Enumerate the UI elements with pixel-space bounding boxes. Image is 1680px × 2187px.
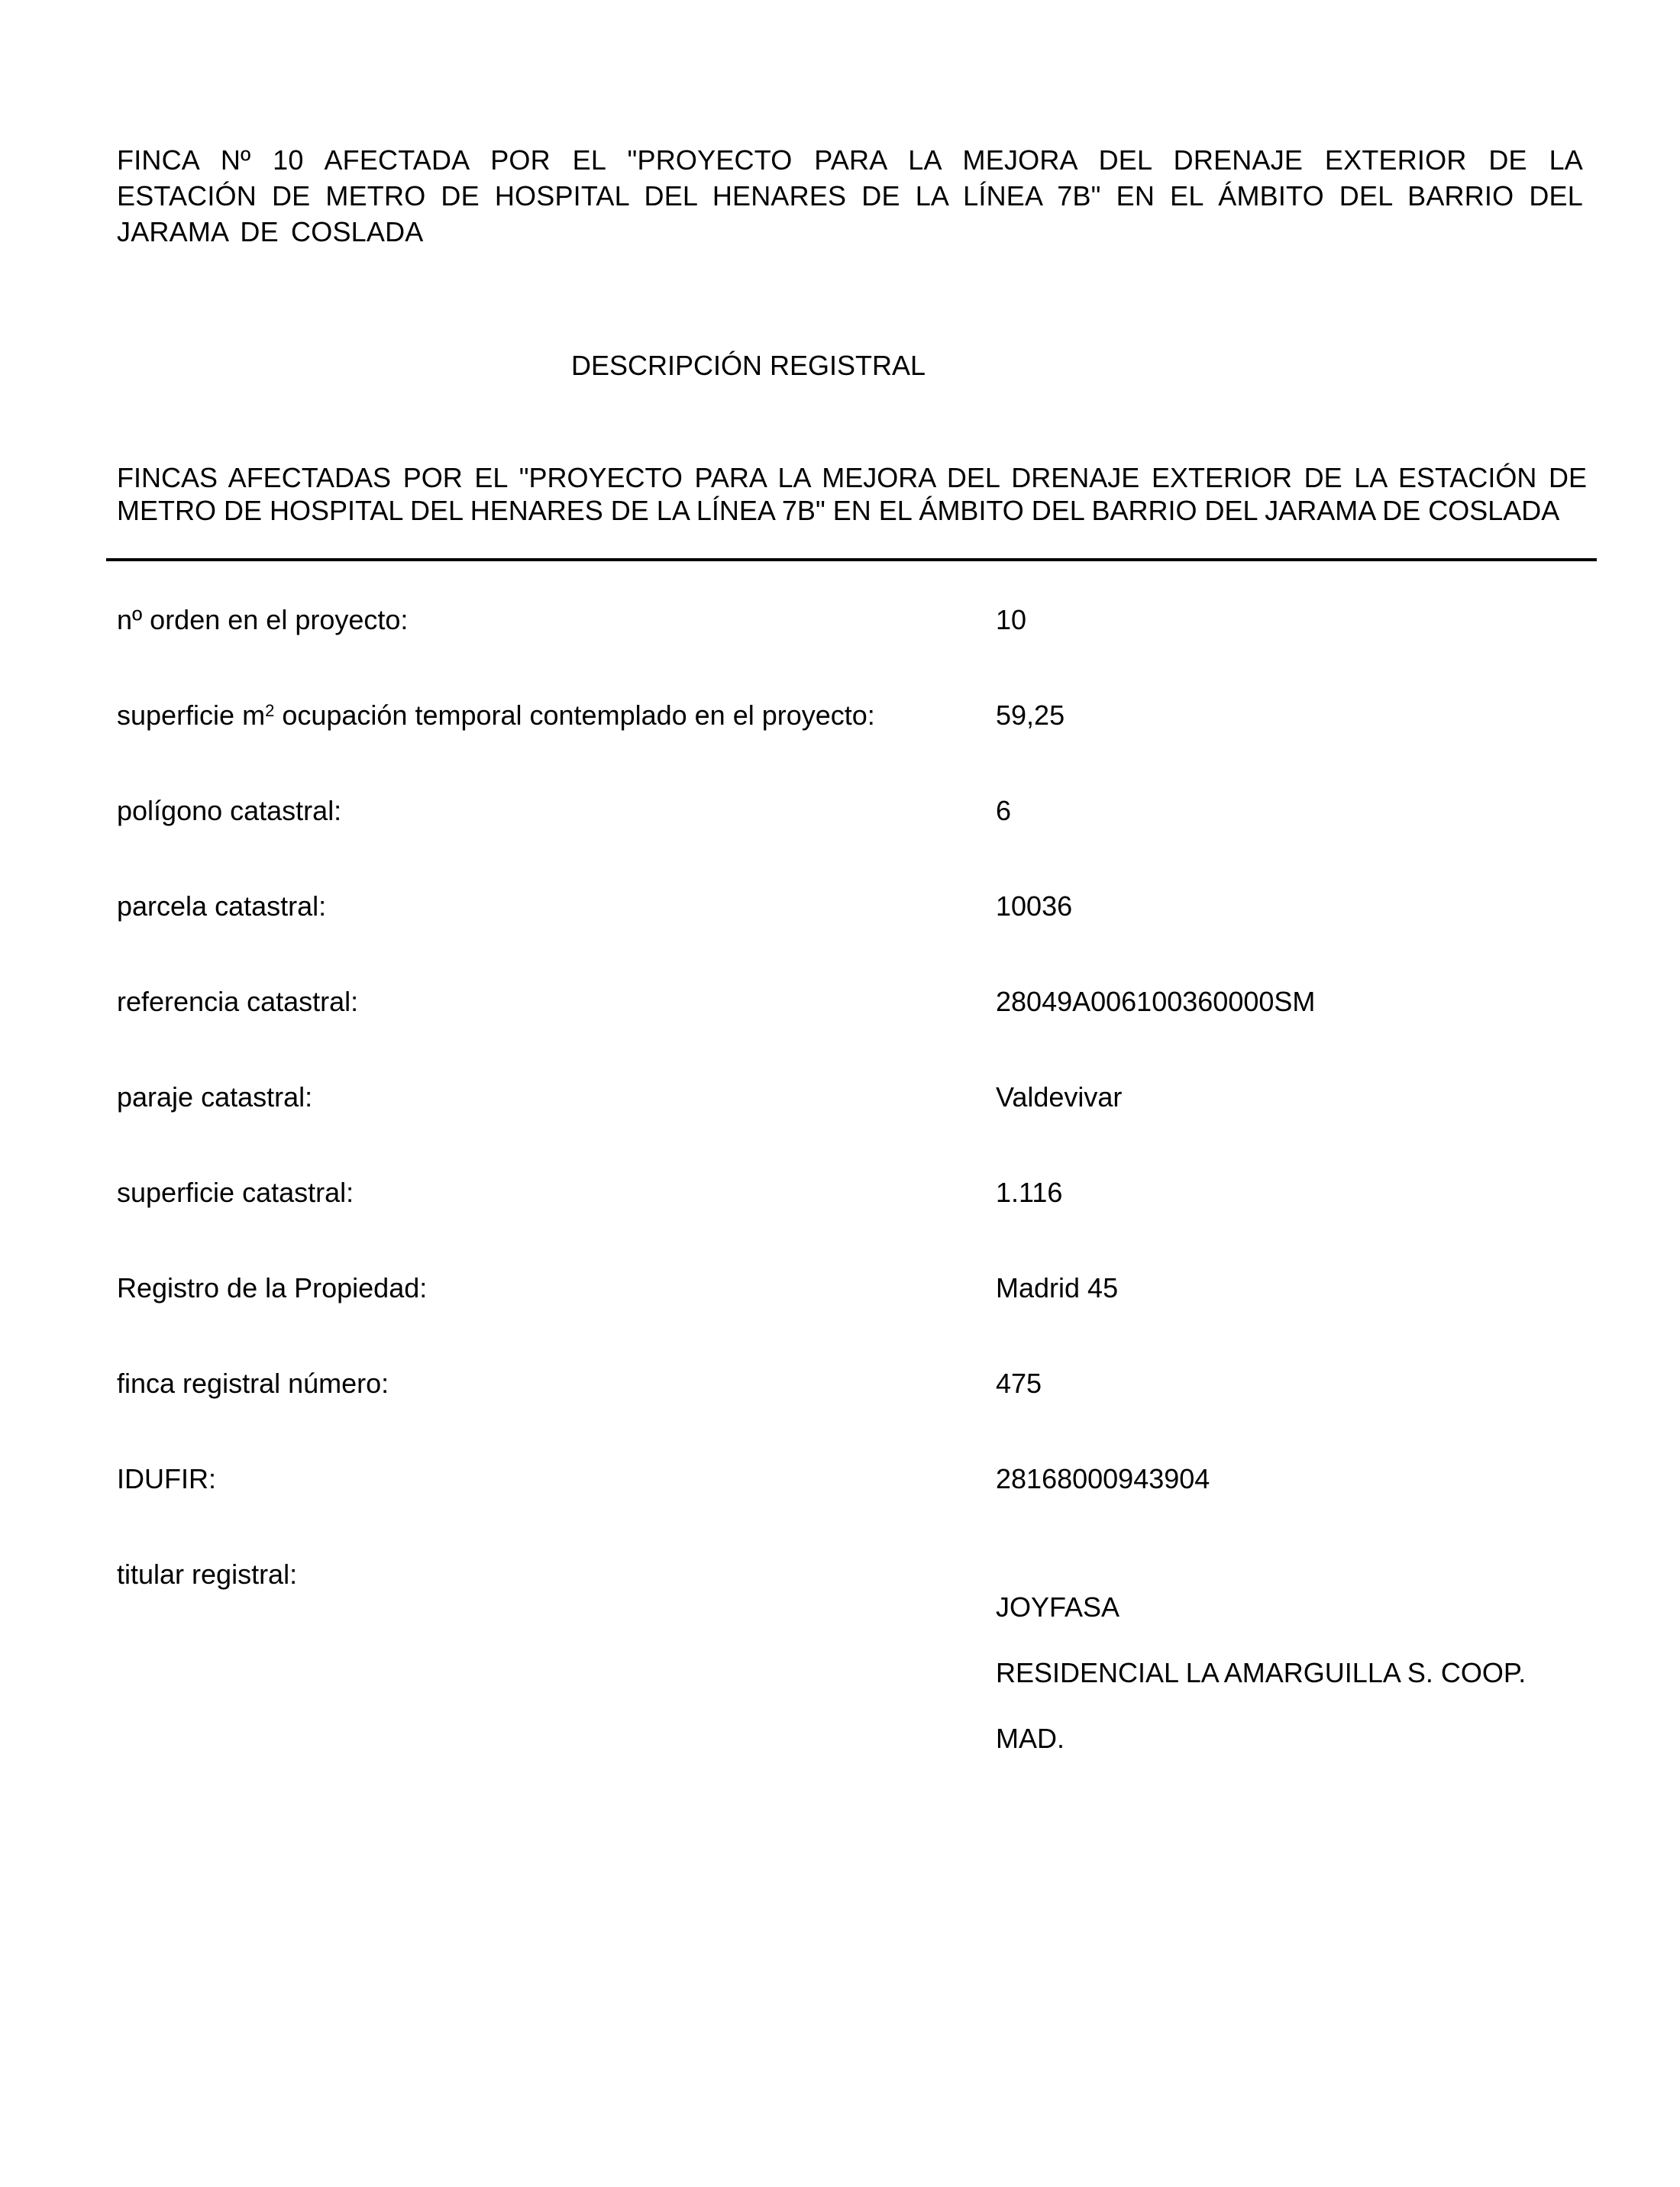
document-page: FINCA Nº 10 AFECTADA POR EL "PROYECTO PA…: [0, 0, 1680, 2187]
field-label: titular registral:: [117, 1558, 297, 1591]
field-label: superficie m2 ocupación temporal contemp…: [117, 699, 875, 732]
field-label-pre: superficie m: [117, 699, 265, 731]
document-subtitle: FINCAS AFECTADAS POR EL "PROYECTO PARA L…: [117, 461, 1587, 527]
field-value: 475: [996, 1367, 1576, 1400]
field-value: 59,25: [996, 699, 1576, 732]
field-label: referencia catastral:: [117, 985, 358, 1018]
field-value: 10036: [996, 890, 1576, 922]
field-label: finca registral número:: [117, 1367, 389, 1400]
document-title: FINCA Nº 10 AFECTADA POR EL "PROYECTO PA…: [117, 142, 1583, 250]
titular-line: MAD.: [996, 1722, 1576, 1755]
field-value: 6: [996, 794, 1576, 827]
field-value: Valdevivar: [996, 1081, 1576, 1113]
field-value: 28168000943904: [996, 1462, 1576, 1495]
field-label: IDUFIR:: [117, 1462, 216, 1495]
field-value: Madrid 45: [996, 1271, 1576, 1304]
section-heading: DESCRIPCIÓN REGISTRAL: [0, 347, 1497, 383]
field-label: nº orden en el proyecto:: [117, 603, 408, 636]
titular-line: JOYFASA: [996, 1591, 1576, 1623]
field-value: 28049A006100360000SM: [996, 985, 1576, 1018]
superscript-two: 2: [265, 701, 274, 720]
field-value: 1.116: [996, 1176, 1576, 1209]
field-label: polígono catastral:: [117, 794, 341, 827]
horizontal-divider: [106, 558, 1597, 561]
field-value: 10: [996, 603, 1576, 636]
field-label-post: ocupación temporal contemplado en el pro…: [274, 699, 874, 731]
field-label: parcela catastral:: [117, 890, 326, 922]
field-value-multiline: JOYFASA RESIDENCIAL LA AMARGUILLA S. COO…: [996, 1558, 1576, 1788]
field-label: Registro de la Propiedad:: [117, 1271, 427, 1304]
field-label: superficie catastral:: [117, 1176, 354, 1209]
field-label: paraje catastral:: [117, 1081, 312, 1113]
titular-line: RESIDENCIAL LA AMARGUILLA S. COOP.: [996, 1656, 1576, 1689]
